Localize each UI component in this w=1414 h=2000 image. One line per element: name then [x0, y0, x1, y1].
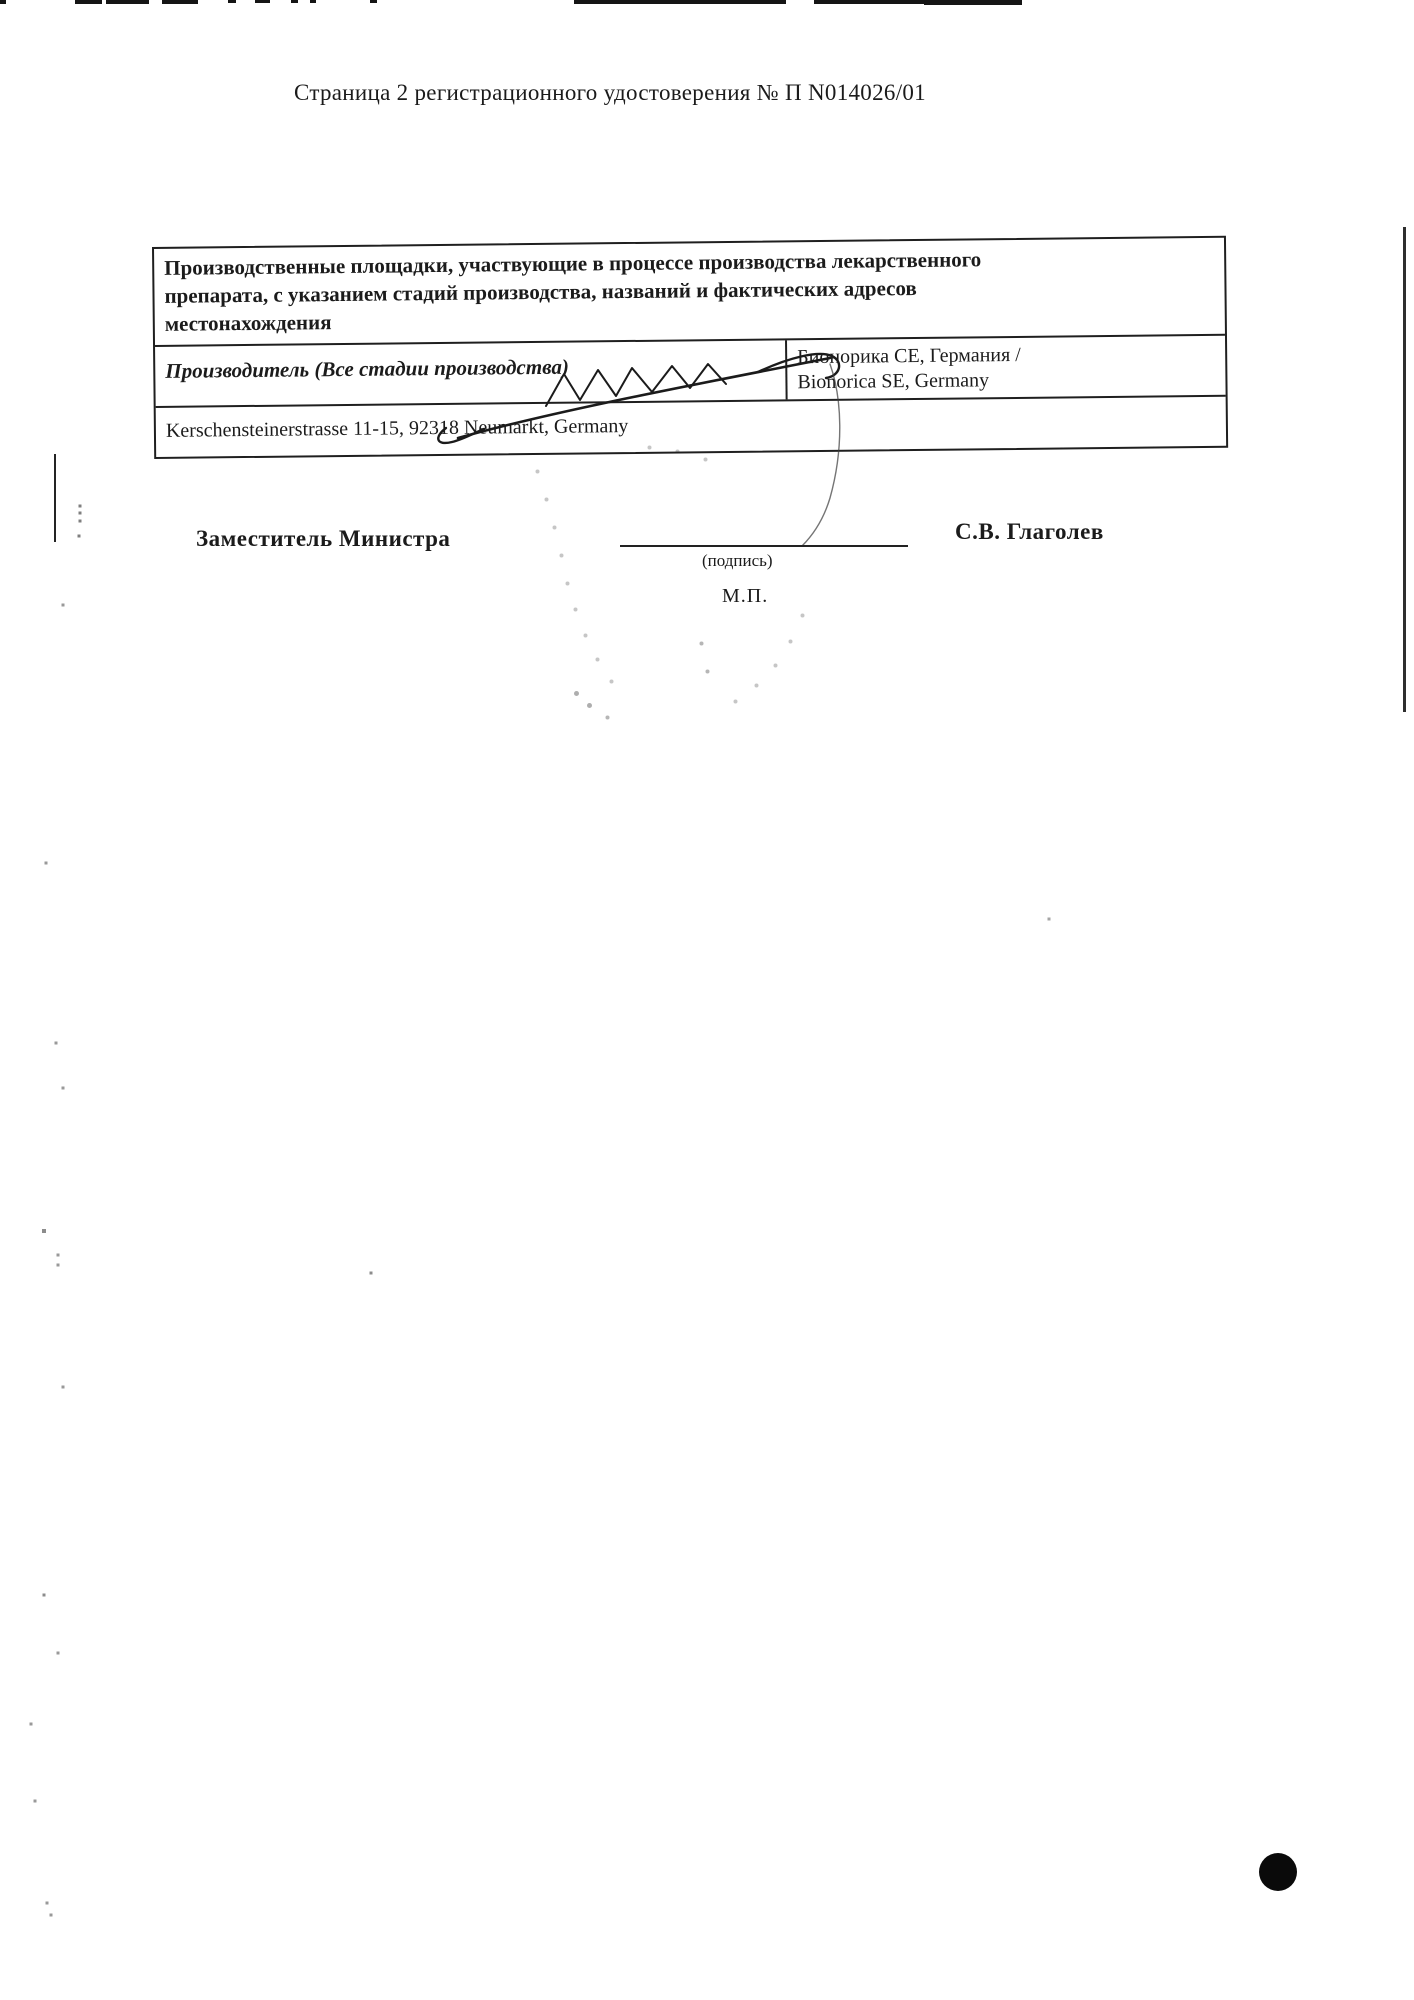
signature-line — [620, 545, 908, 547]
page-header: Страница 2 регистрационного удостоверени… — [294, 80, 926, 106]
signer-name: С.В. Глаголев — [955, 519, 1104, 545]
top-edge-dash — [574, 0, 786, 4]
stamp-remnant-specks — [0, 0, 3, 3]
seal-abbreviation: М.П. — [722, 585, 768, 608]
top-edge-dash — [255, 0, 270, 3]
signature-caption: (подпись) — [702, 551, 773, 571]
top-edge-dash — [814, 0, 926, 4]
top-edge-dash — [75, 0, 102, 4]
signer-title: Заместитель Министра — [196, 526, 450, 552]
left-margin-line — [54, 454, 56, 542]
top-edge-dash — [106, 0, 149, 4]
top-edge-dash — [228, 0, 236, 3]
top-edge-dash — [162, 0, 198, 4]
scan-edge-line-right — [1403, 227, 1406, 712]
page-marker-dot-icon — [1259, 1853, 1297, 1891]
handwritten-signature — [428, 328, 918, 568]
top-edge-dash — [291, 0, 298, 3]
scanned-document-page: Страница 2 регистрационного удостоверени… — [0, 0, 1414, 2000]
top-edge-dash — [370, 0, 377, 3]
top-edge-dash — [310, 0, 316, 3]
top-edge-dash — [924, 0, 1022, 5]
